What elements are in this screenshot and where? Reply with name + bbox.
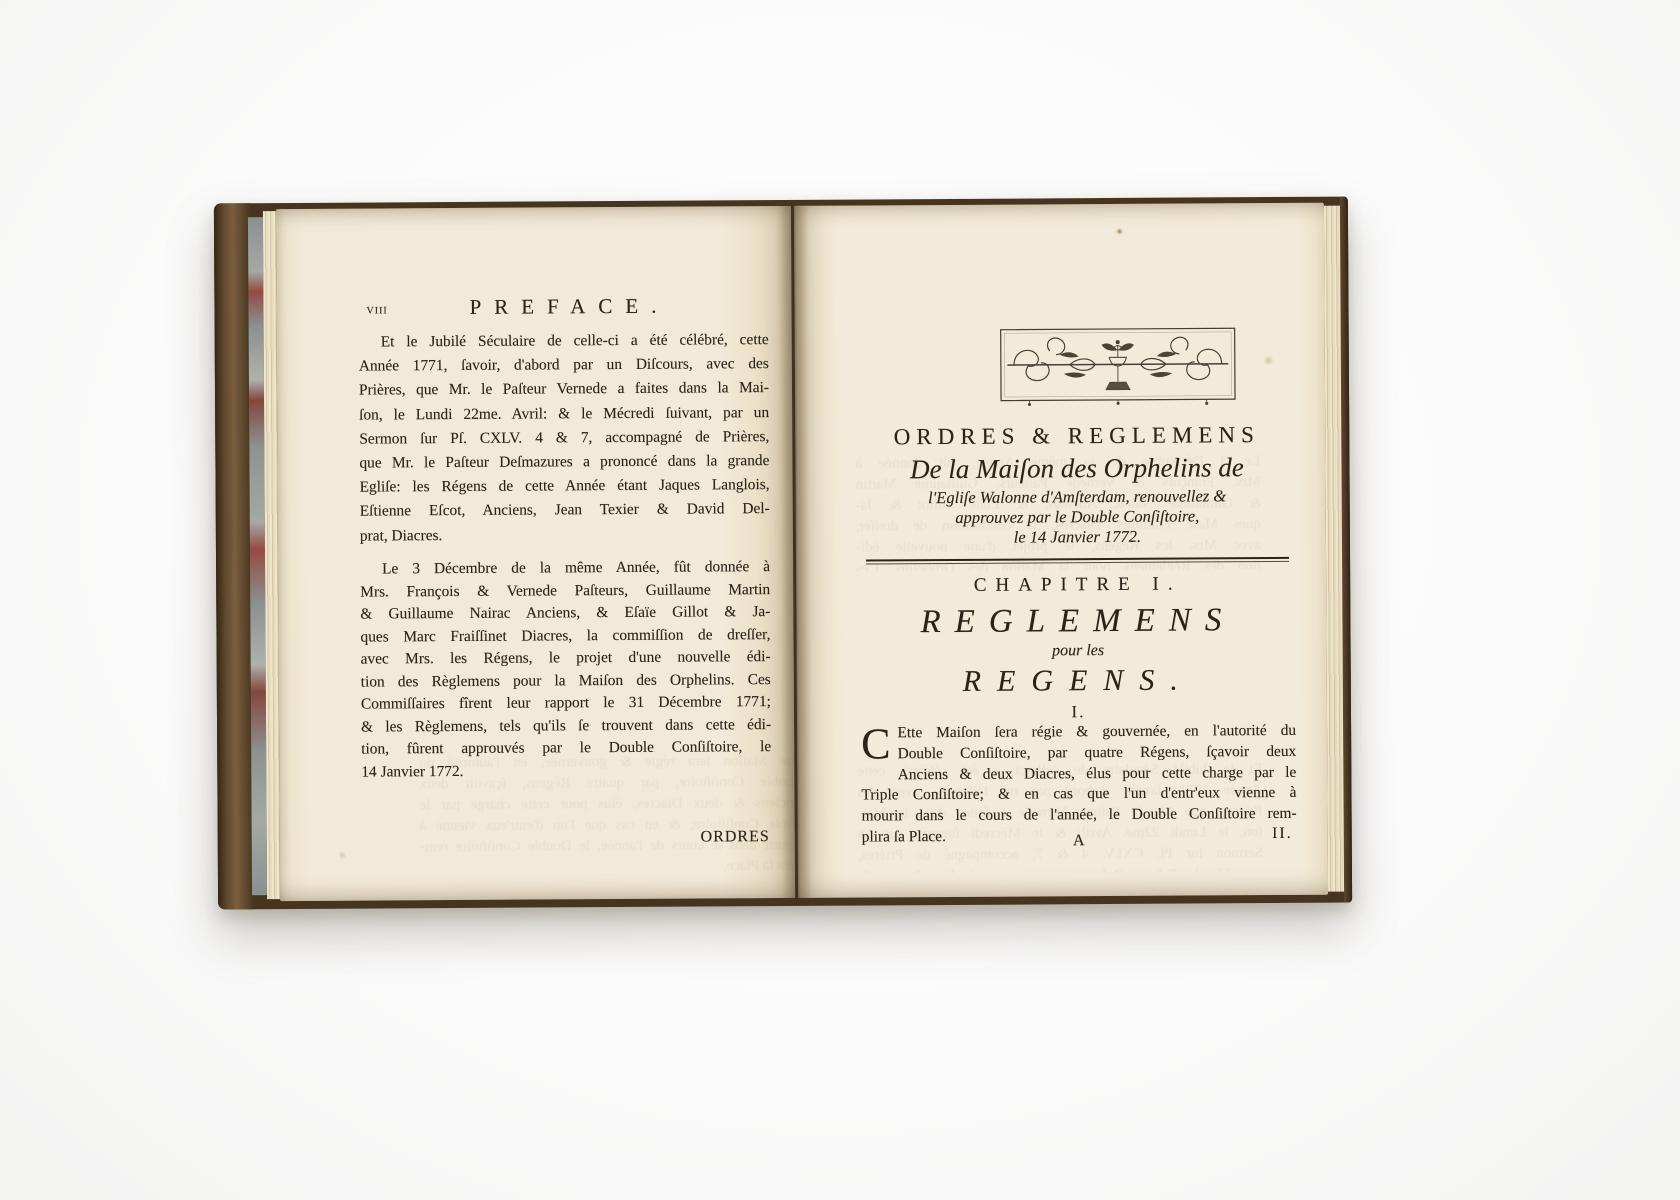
drop-cap: C — [861, 723, 898, 766]
left-page: Ette Maiſon ſera régie & gouvernée, en l… — [276, 206, 795, 901]
right-page: Le 3 Décembre de la même Année, fût donn… — [794, 203, 1328, 898]
foxing-spot — [1263, 355, 1274, 366]
imprint: l'Egliſe Walonne d'Amſterdam, renouvelle… — [860, 486, 1295, 549]
article-text-lines: Ette Maiſon ſera régie & gouvernée, en l… — [861, 721, 1297, 848]
photo-background: Ette Maiſon ſera régie & gouvernée, en l… — [0, 0, 1680, 1200]
section-title: REGLEMENS — [860, 602, 1295, 642]
catchword: II. — [1272, 825, 1293, 843]
article-paragraph: C Ette Maiſon ſera régie & gouvernée, en… — [861, 721, 1297, 848]
catchword: ORDRES — [701, 828, 770, 846]
foxing-spot — [1116, 228, 1123, 235]
subtitle: De la Maiſon des Orphelins de — [859, 452, 1294, 486]
foxing-spot — [338, 851, 347, 860]
signature-mark: A — [862, 831, 1297, 852]
section-connector: pour les — [861, 641, 1296, 662]
preface-paragraph: Et le Jubilé Séculaire de celle-ci a été… — [359, 328, 770, 548]
title: ORDRES & REGLEMENS — [859, 422, 1294, 451]
headpiece-ornament-icon — [999, 325, 1237, 407]
article-number: I. — [861, 701, 1296, 724]
section-subject: REGENS. — [861, 663, 1296, 700]
preface-heading: PREFACE. — [358, 293, 768, 321]
horizontal-rule — [866, 557, 1289, 565]
open-book: Ette Maiſon ſera régie & gouvernée, en l… — [214, 197, 1352, 910]
chapter-heading: CHAPITRE I. — [860, 573, 1295, 598]
preface-paragraph: Le 3 Décembre de la même Année, fût donn… — [360, 556, 771, 784]
